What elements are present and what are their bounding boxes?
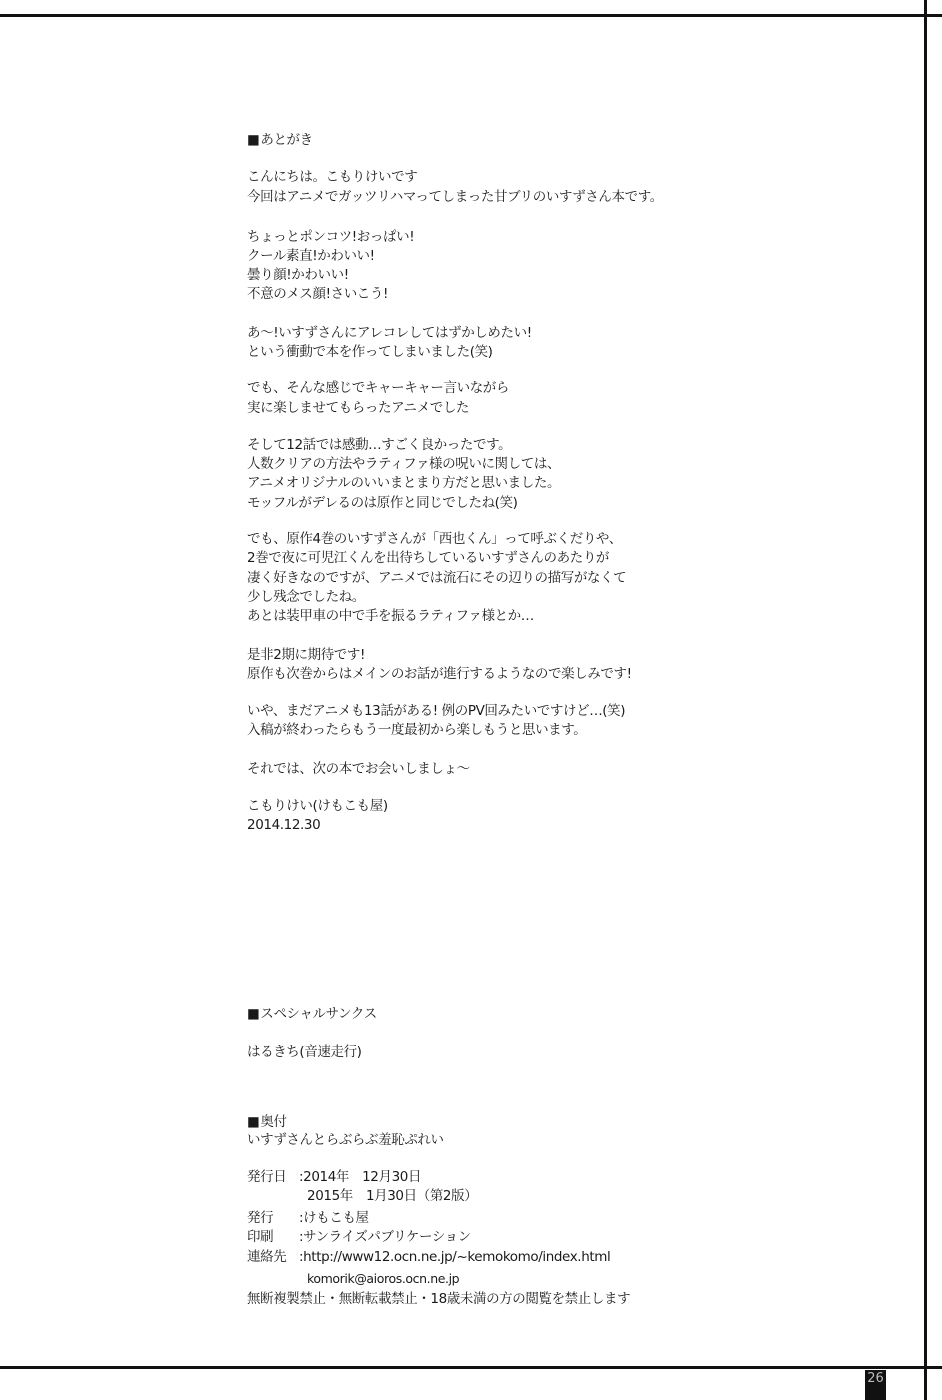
afterword-line: 今回はアニメでガッツリハマってしまった甘ブリのいすずさん本です。 bbox=[247, 188, 663, 206]
afterword-line: クール素直!かわいい! bbox=[247, 247, 375, 265]
colophon-publisher: 発行:けもこも屋 bbox=[247, 1209, 369, 1227]
publisher-label: 発行 bbox=[247, 1209, 299, 1227]
afterword-line: こんにちは。こもりけいです bbox=[247, 168, 417, 186]
afterword-line: ちょっとポンコツ!おっぱい! bbox=[247, 228, 414, 246]
afterword-line: 凄く好きなのですが、アニメでは流石にその辺りの描写がなくて bbox=[247, 569, 626, 587]
afterword-line: 入稿が終わったらもう一度最初から楽しもうと思います。 bbox=[247, 721, 586, 739]
colophon-notice: 無断複製禁止・無断転載禁止・18歳未満の方の閲覧を禁止します bbox=[247, 1290, 630, 1308]
colophon-title: いすずさんとらぶらぶ羞恥ぷれい bbox=[247, 1131, 444, 1149]
afterword-signature: こもりけい(けもこも屋) bbox=[247, 797, 388, 815]
special-thanks-heading: スペシャルサンクス bbox=[247, 1005, 377, 1023]
afterword-line: 2巻で夜に可児江くんを出待ちしているいすずさんのあたりが bbox=[247, 549, 609, 567]
afterword-line: 原作も次巻からはメインのお話が進行するようなので楽しみです! bbox=[247, 665, 632, 683]
colophon-contact: 連絡先:http://www12.ocn.ne.jp/~kemokomo/ind… bbox=[247, 1248, 610, 1266]
issue-date-label: 発行日 bbox=[247, 1168, 299, 1186]
afterword-line: でも、原作4巻のいすずさんが「西也くん」って呼ぶくだりや、 bbox=[247, 530, 622, 548]
afterword-line: 不意のメス顔!さいこう! bbox=[247, 285, 388, 303]
afterword-line: という衝動で本を作ってしまいました(笑) bbox=[247, 343, 493, 361]
afterword-line: 人数クリアの方法やラティファ様の呪いに関しては、 bbox=[247, 455, 560, 473]
special-thanks-name: はるきち(音速走行) bbox=[247, 1043, 362, 1061]
page-number: 26 bbox=[865, 1370, 886, 1400]
top-border-line bbox=[0, 14, 942, 17]
publisher-value: :けもこも屋 bbox=[299, 1210, 369, 1226]
colophon-printer: 印刷:サンライズパブリケーション bbox=[247, 1228, 471, 1246]
afterword-line: モッフルがデレるのは原作と同じでしたね(笑) bbox=[247, 494, 518, 512]
right-border-line bbox=[924, 0, 927, 1400]
afterword-line: 是非2期に期待です! bbox=[247, 646, 365, 664]
afterword-line: いや、まだアニメも13話がある! 例のPV回みたいですけど…(笑) bbox=[247, 702, 625, 720]
colophon-issue-date: 発行日:2014年 12月30日 bbox=[247, 1168, 421, 1186]
afterword-line: でも、そんな感じでキャーキャー言いながら bbox=[247, 379, 509, 397]
contact-email: komorik@aioros.ocn.ne.jp bbox=[307, 1270, 459, 1288]
issue-date-value: :2014年 12月30日 bbox=[299, 1169, 421, 1185]
afterword-heading: あとがき bbox=[247, 131, 313, 149]
colophon-heading: 奥付 bbox=[247, 1113, 287, 1131]
afterword-date: 2014.12.30 bbox=[247, 816, 320, 834]
afterword-line: 少し残念でしたね。 bbox=[247, 588, 365, 606]
afterword-line: あとは装甲車の中で手を振るラティファ様とか… bbox=[247, 607, 534, 625]
afterword-line: 曇り顔!かわいい! bbox=[247, 266, 349, 284]
afterword-line: あ〜!いすずさんにアレコレしてはずかしめたい! bbox=[247, 324, 532, 342]
bottom-border-line bbox=[0, 1366, 942, 1369]
afterword-line: それでは、次の本でお会いしましょ〜 bbox=[247, 760, 470, 778]
afterword-line: 実に楽しませてもらったアニメでした bbox=[247, 399, 469, 417]
contact-url: :http://www12.ocn.ne.jp/~kemokomo/index.… bbox=[299, 1249, 610, 1265]
afterword-line: アニメオリジナルのいいまとまり方だと思いました。 bbox=[247, 474, 560, 492]
afterword-line: そして12話では感動…すごく良かったです。 bbox=[247, 436, 511, 454]
contact-label: 連絡先 bbox=[247, 1248, 299, 1266]
colophon-issue-date-2: 2015年 1月30日（第2版） bbox=[307, 1187, 477, 1205]
printer-value: :サンライズパブリケーション bbox=[299, 1229, 471, 1245]
printer-label: 印刷 bbox=[247, 1228, 299, 1246]
